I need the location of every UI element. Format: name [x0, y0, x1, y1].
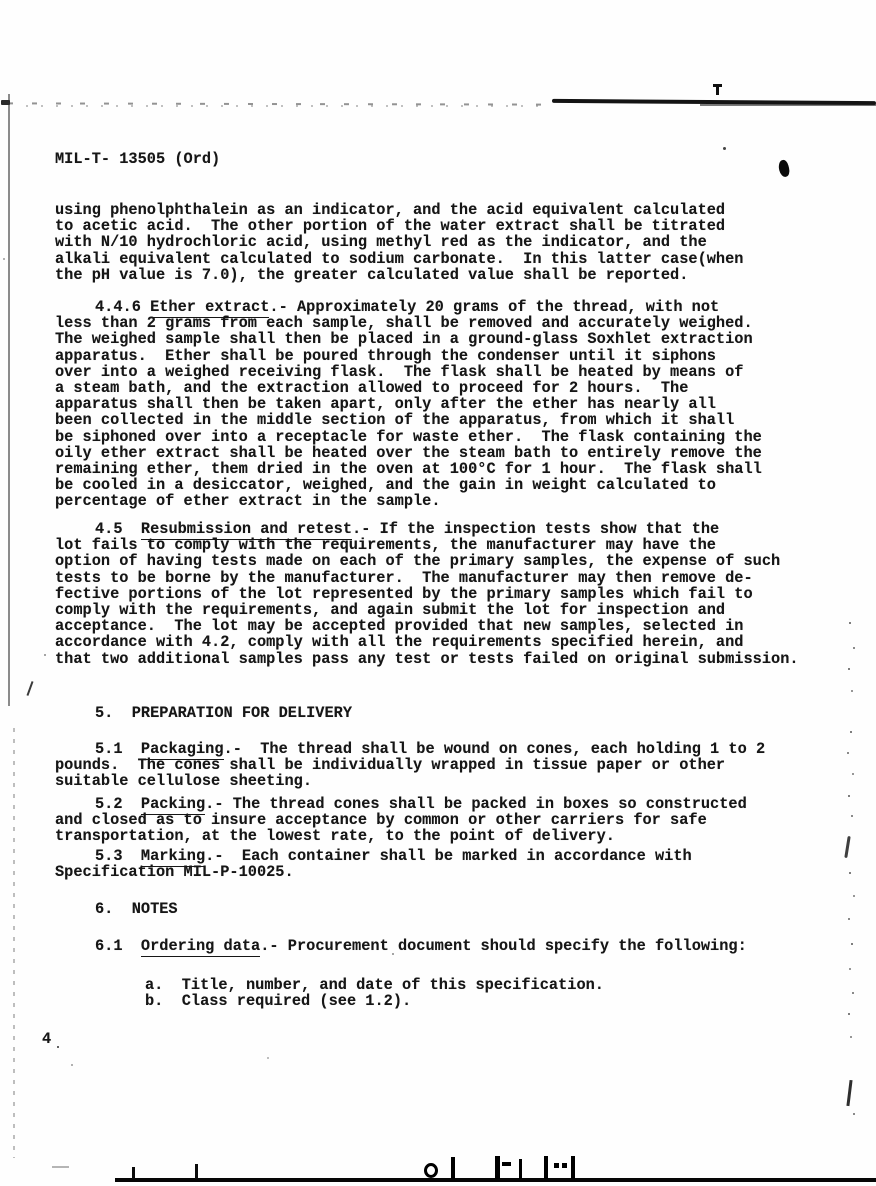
text-line: 4.5 Resubmission and retest.- If the ins… [95, 521, 799, 537]
scan-arrow-mark [1, 100, 10, 105]
text-line: been collected in the middle section of … [55, 412, 762, 428]
paragraph-6-1-ordering-data: 6.1 Ordering data.- Procurement document… [55, 938, 747, 954]
ordering-data-list: a. Title, number, and date of this speci… [55, 977, 604, 1009]
bottom-stamp-fragment-o [424, 1163, 438, 1178]
text-line: less than 2 grams from each sample, shal… [55, 315, 762, 331]
text-line: that two additional samples pass any tes… [55, 651, 799, 667]
scan-artifact-t-mark-stem [716, 84, 719, 95]
text-line: 4.4.6 Ether extract.- Approximately 20 g… [95, 299, 762, 315]
document-id-header: MIL-T- 13505 (Ord) [55, 150, 220, 168]
bottom-stamp-fragment-1 [451, 1157, 455, 1179]
bottom-stamp-fragment-2b [502, 1162, 511, 1166]
lines-container: less than 2 grams from each sample, shal… [55, 315, 762, 509]
scan-speck-field [0, 0, 2, 2]
text-line: pounds. The cones shall be individually … [55, 757, 765, 773]
text-line: and closed as to insure acceptance by co… [55, 812, 747, 828]
text-line: 5.1 Packaging.- The thread shall be woun… [95, 741, 765, 757]
paragraph-4-4-6-ether-extract: 4.4.6 Ether extract.- Approximately 20 g… [55, 299, 762, 509]
scan-slash-mark [26, 681, 33, 696]
text-line: alkali equivalent calculated to sodium c… [55, 251, 743, 267]
text-line: oily ether extract shall be heated over … [55, 445, 762, 461]
scanned-document-page: MIL-T- 13505 (Ord) using phenolphthalein… [0, 0, 876, 1186]
scan-edge-line-left-dotted [13, 728, 15, 1158]
list-item-a: a. Title, number, and date of this speci… [145, 977, 604, 993]
text-line: comply with the requirements, and again … [55, 602, 799, 618]
paragraph-5-1-packaging: 5.1 Packaging.- The thread shall be woun… [55, 741, 765, 790]
text-line: a steam bath, and the extraction allowed… [55, 380, 762, 396]
text-line: be cooled in a desiccator, weighed, and … [55, 477, 762, 493]
ink-blob [777, 159, 791, 178]
text-line: 6.1 Ordering data.- Procurement document… [95, 938, 747, 954]
bottom-stamp-fragment-5 [571, 1156, 575, 1179]
paragraph-5-3-marking: 5.3 Marking.- Each container shall be ma… [55, 848, 692, 880]
bottom-stamp-fragment-2 [495, 1156, 500, 1179]
text-line: transportation, at the lowest rate, to t… [55, 828, 747, 844]
scan-artifact-seam-tail [700, 104, 876, 106]
text-line: the pH value is 7.0), the greater calcul… [55, 267, 743, 283]
lines-container: lot fails to comply with the requirement… [55, 537, 799, 667]
paragraph-water-extract-continuation: using phenolphthalein as an indicator, a… [55, 202, 743, 283]
section-5-heading: 5. PREPARATION FOR DELIVERY [55, 705, 352, 721]
text-line: apparatus. Ether shall be poured through… [55, 348, 762, 364]
lines-container: using phenolphthalein as an indicator, a… [55, 202, 743, 283]
scan-artifact-dashed-seam-left2 [26, 105, 541, 107]
bottom-tick-2 [195, 1164, 198, 1179]
section-number: 6.1 [95, 937, 141, 955]
text-line: Specification MIL-P-10025. [55, 864, 692, 880]
bottom-tick-1 [132, 1167, 135, 1179]
lines-container: and closed as to insure acceptance by co… [55, 812, 747, 844]
text-line: using phenolphthalein as an indicator, a… [55, 202, 743, 218]
text-line: fective portions of the lot represented … [55, 586, 799, 602]
scan-edge-line-left [8, 94, 10, 706]
lines-container: Specification MIL-P-10025. [55, 864, 692, 880]
text-line: 5.2 Packing.- The thread cones shall be … [95, 796, 747, 812]
text-line: 5.3 Marking.- Each container shall be ma… [95, 848, 692, 864]
text-line: The weighed sample shall then be placed … [55, 331, 762, 347]
bottom-stamp-fragment-dots [554, 1163, 559, 1168]
scan-speck-jmark [844, 836, 850, 858]
bottom-stamp-fragment-3 [519, 1159, 522, 1179]
text-line: option of having tests made on each of t… [55, 553, 799, 569]
bottom-gray-dash [52, 1166, 69, 1168]
text-line: with N/10 hydrochloric acid, using methy… [55, 234, 743, 250]
paragraph-5-2-packing: 5.2 Packing.- The thread cones shall be … [55, 796, 747, 845]
text-line: remaining ether, them dried in the oven … [55, 461, 762, 477]
section-6-heading: 6. NOTES [55, 901, 178, 917]
text-line: suitable cellulose sheeting. [55, 773, 765, 789]
section-title-underlined: Ordering data [141, 937, 260, 957]
lines-container: pounds. The cones shall be individually … [55, 757, 765, 789]
text-line: acceptance. The lot may be accepted prov… [55, 618, 799, 634]
section-heading-text: 5. PREPARATION FOR DELIVERY [95, 705, 352, 721]
bottom-stamp-fragment-4 [544, 1156, 548, 1179]
section-heading-text: 6. NOTES [95, 901, 178, 917]
scan-speck-dot [723, 147, 726, 150]
list-item-b: b. Class required (see 1.2). [145, 993, 604, 1009]
scan-speck-slash [846, 1080, 852, 1106]
text-line: over into a weighed receiving flask. The… [55, 364, 762, 380]
text-line: accordance with 4.2, comply with all the… [55, 634, 799, 650]
section-lead-text: .- Procurement document should specify t… [260, 937, 747, 955]
text-line: percentage of ether extract in the sampl… [55, 493, 762, 509]
page-number: 4 [42, 1030, 51, 1048]
text-line: apparatus shall then be taken apart, onl… [55, 396, 762, 412]
text-line: lot fails to comply with the requirement… [55, 537, 799, 553]
text-line: to acetic acid. The other portion of the… [55, 218, 743, 234]
text-line: be siphoned over into a receptacle for w… [55, 429, 762, 445]
paragraph-4-5-resubmission-retest: 4.5 Resubmission and retest.- If the ins… [55, 521, 799, 667]
text-line: tests to be borne by the manufacturer. T… [55, 570, 799, 586]
